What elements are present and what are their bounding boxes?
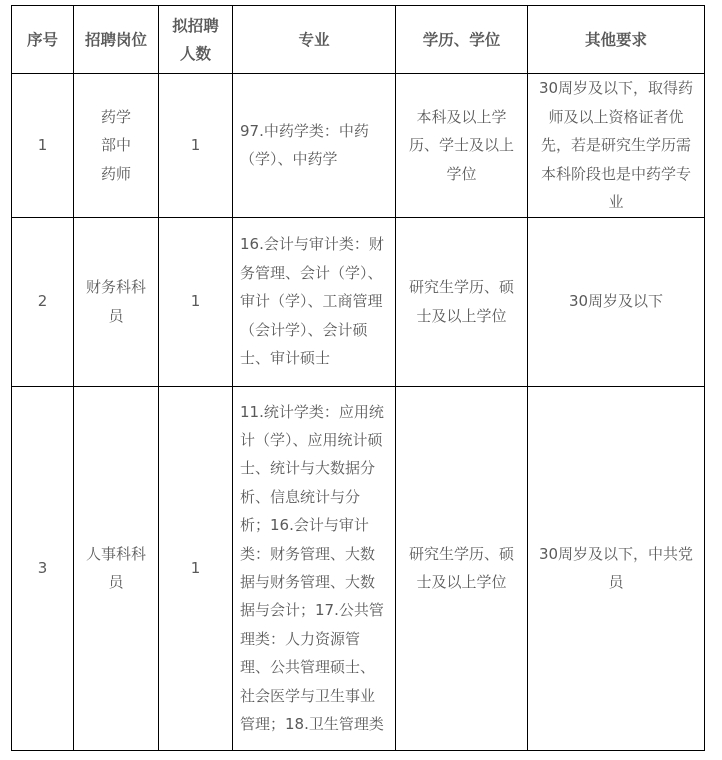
- table-row: 3 人事科科员 1 11.统计学类：应用统计（学）、应用统计硕士、统计与大数据分…: [12, 386, 705, 750]
- cell-other: 30周岁及以下: [528, 217, 705, 386]
- cell-major: 97.中药学类：中药（学）、中药学: [233, 74, 396, 218]
- cell-position: 财务科科员: [74, 217, 159, 386]
- table-row: 2 财务科科员 1 16.会计与审计类：财务管理、会计（学）、审计（学）、工商管…: [12, 217, 705, 386]
- table-header-row: 序号 招聘岗位 拟招聘人数 专业 学历、学位 其他要求: [12, 6, 705, 74]
- cell-index: 2: [12, 217, 74, 386]
- cell-other: 30周岁及以下，取得药师及以上资格证者优先，若是研究生学历需本科阶段也是中药学专…: [528, 74, 705, 218]
- cell-count: 1: [159, 386, 233, 750]
- cell-index: 1: [12, 74, 74, 218]
- cell-count: 1: [159, 74, 233, 218]
- recruitment-table: 序号 招聘岗位 拟招聘人数 专业 学历、学位 其他要求 1 药学部中药师 1 9…: [11, 5, 705, 751]
- header-index: 序号: [12, 6, 74, 74]
- cell-education: 研究生学历、硕士及以上学位: [396, 386, 528, 750]
- header-education: 学历、学位: [396, 6, 528, 74]
- header-major: 专业: [233, 6, 396, 74]
- cell-education: 研究生学历、硕士及以上学位: [396, 217, 528, 386]
- table-row: 1 药学部中药师 1 97.中药学类：中药（学）、中药学 本科及以上学历、学士及…: [12, 74, 705, 218]
- cell-count: 1: [159, 217, 233, 386]
- cell-education: 本科及以上学历、学士及以上学位: [396, 74, 528, 218]
- cell-position: 人事科科员: [74, 386, 159, 750]
- header-other: 其他要求: [528, 6, 705, 74]
- cell-other: 30周岁及以下，中共党员: [528, 386, 705, 750]
- cell-position: 药学部中药师: [74, 74, 159, 218]
- cell-major: 11.统计学类：应用统计（学）、应用统计硕士、统计与大数据分析、信息统计与分析；…: [233, 386, 396, 750]
- header-position: 招聘岗位: [74, 6, 159, 74]
- header-count: 拟招聘人数: [159, 6, 233, 74]
- cell-major: 16.会计与审计类：财务管理、会计（学）、审计（学）、工商管理（会计学）、会计硕…: [233, 217, 396, 386]
- cell-index: 3: [12, 386, 74, 750]
